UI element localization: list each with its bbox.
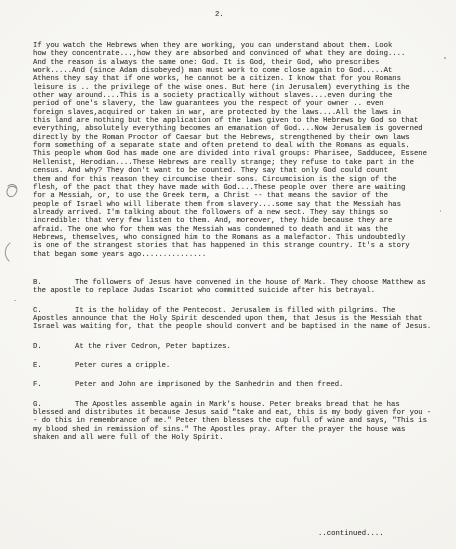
section-text: The Apostles assemble again in Mark's ho…	[33, 401, 433, 443]
section-g: G. The Apostles assemble again in Mark's…	[33, 401, 433, 443]
text-line: census. And why? They don't want to be c…	[33, 167, 435, 175]
section-text: It is the holiday of the Pentecost. Jeru…	[33, 307, 433, 332]
text-line: for a Messiah, or, to use the Greek term…	[33, 192, 435, 200]
text-line: Hellenist, Herodian....These Hebrews are…	[33, 159, 435, 167]
text-line: people of Israel who will liberate them …	[33, 201, 435, 209]
intro-paragraph: If you watch the Hebrews when they are w…	[33, 42, 435, 259]
text-line: incredible: that very few listen to them…	[33, 217, 435, 225]
section-label: D.	[33, 343, 42, 351]
scan-speck	[440, 210, 441, 212]
section-text: Peter cures a cripple.	[33, 362, 433, 370]
text-line: leisure is .. the privilege of the wise …	[33, 84, 435, 92]
continued-note: ..continued....	[318, 530, 384, 538]
text-line: Hebrews, themselves, who consigned him t…	[33, 234, 435, 242]
text-line: already arrived. I'm talking about the f…	[33, 209, 435, 217]
section-f: F. Peter and John are imprisoned by the …	[33, 381, 433, 389]
section-d: D. At the river Cedron, Peter baptizes.	[33, 343, 433, 351]
text-line: directly by the Roman Proctor of Caesar …	[33, 134, 435, 142]
text-line: afraid. The one who for them was the Mes…	[33, 226, 435, 234]
section-b: B. The followers of Jesus have convened …	[33, 279, 433, 296]
scanned-page: 2. If you watch the Hebrews when they ar…	[0, 0, 456, 549]
text-line: that began some years ago...............	[33, 251, 435, 259]
text-line: flesh, of the pact that they have made w…	[33, 184, 435, 192]
text-line: them and for this reason they circumcise…	[33, 176, 435, 184]
text-line: And the reason is always the same one: G…	[33, 59, 435, 67]
section-text: The followers of Jesus have convened in …	[33, 279, 433, 296]
section-e: E. Peter cures a cripple.	[33, 362, 433, 370]
page-number: 2.	[215, 11, 224, 19]
scan-speck	[444, 57, 446, 59]
section-text: Peter and John are imprisoned by the San…	[33, 381, 433, 389]
section-label: G.	[33, 401, 42, 409]
section-c: C. It is the holiday of the Pentecost. J…	[33, 307, 433, 332]
text-line: This people whom God has made one are di…	[33, 150, 435, 158]
text-line: foreign slaves,acquired or taken in war,…	[33, 109, 435, 117]
sections-list: B. The followers of Jesus have convened …	[33, 279, 433, 453]
text-line: Athens they say that if one works, he ca…	[33, 75, 435, 83]
section-label: B.	[33, 279, 42, 287]
section-text: At the river Cedron, Peter baptizes.	[33, 343, 433, 351]
text-line: everything, absolutely everything become…	[33, 125, 435, 133]
scan-speck	[14, 300, 16, 301]
section-label: E.	[33, 362, 42, 370]
text-line: how they concentrate...,how they are abs…	[33, 50, 435, 58]
text-line: period of one's slavery, the law guarant…	[33, 100, 435, 108]
margin-scribble-icon	[4, 180, 22, 204]
text-line: is one of the strangest stories that has…	[33, 242, 435, 250]
section-label: F.	[33, 381, 42, 389]
section-label: C.	[33, 307, 42, 315]
margin-paren-icon	[1, 241, 13, 263]
